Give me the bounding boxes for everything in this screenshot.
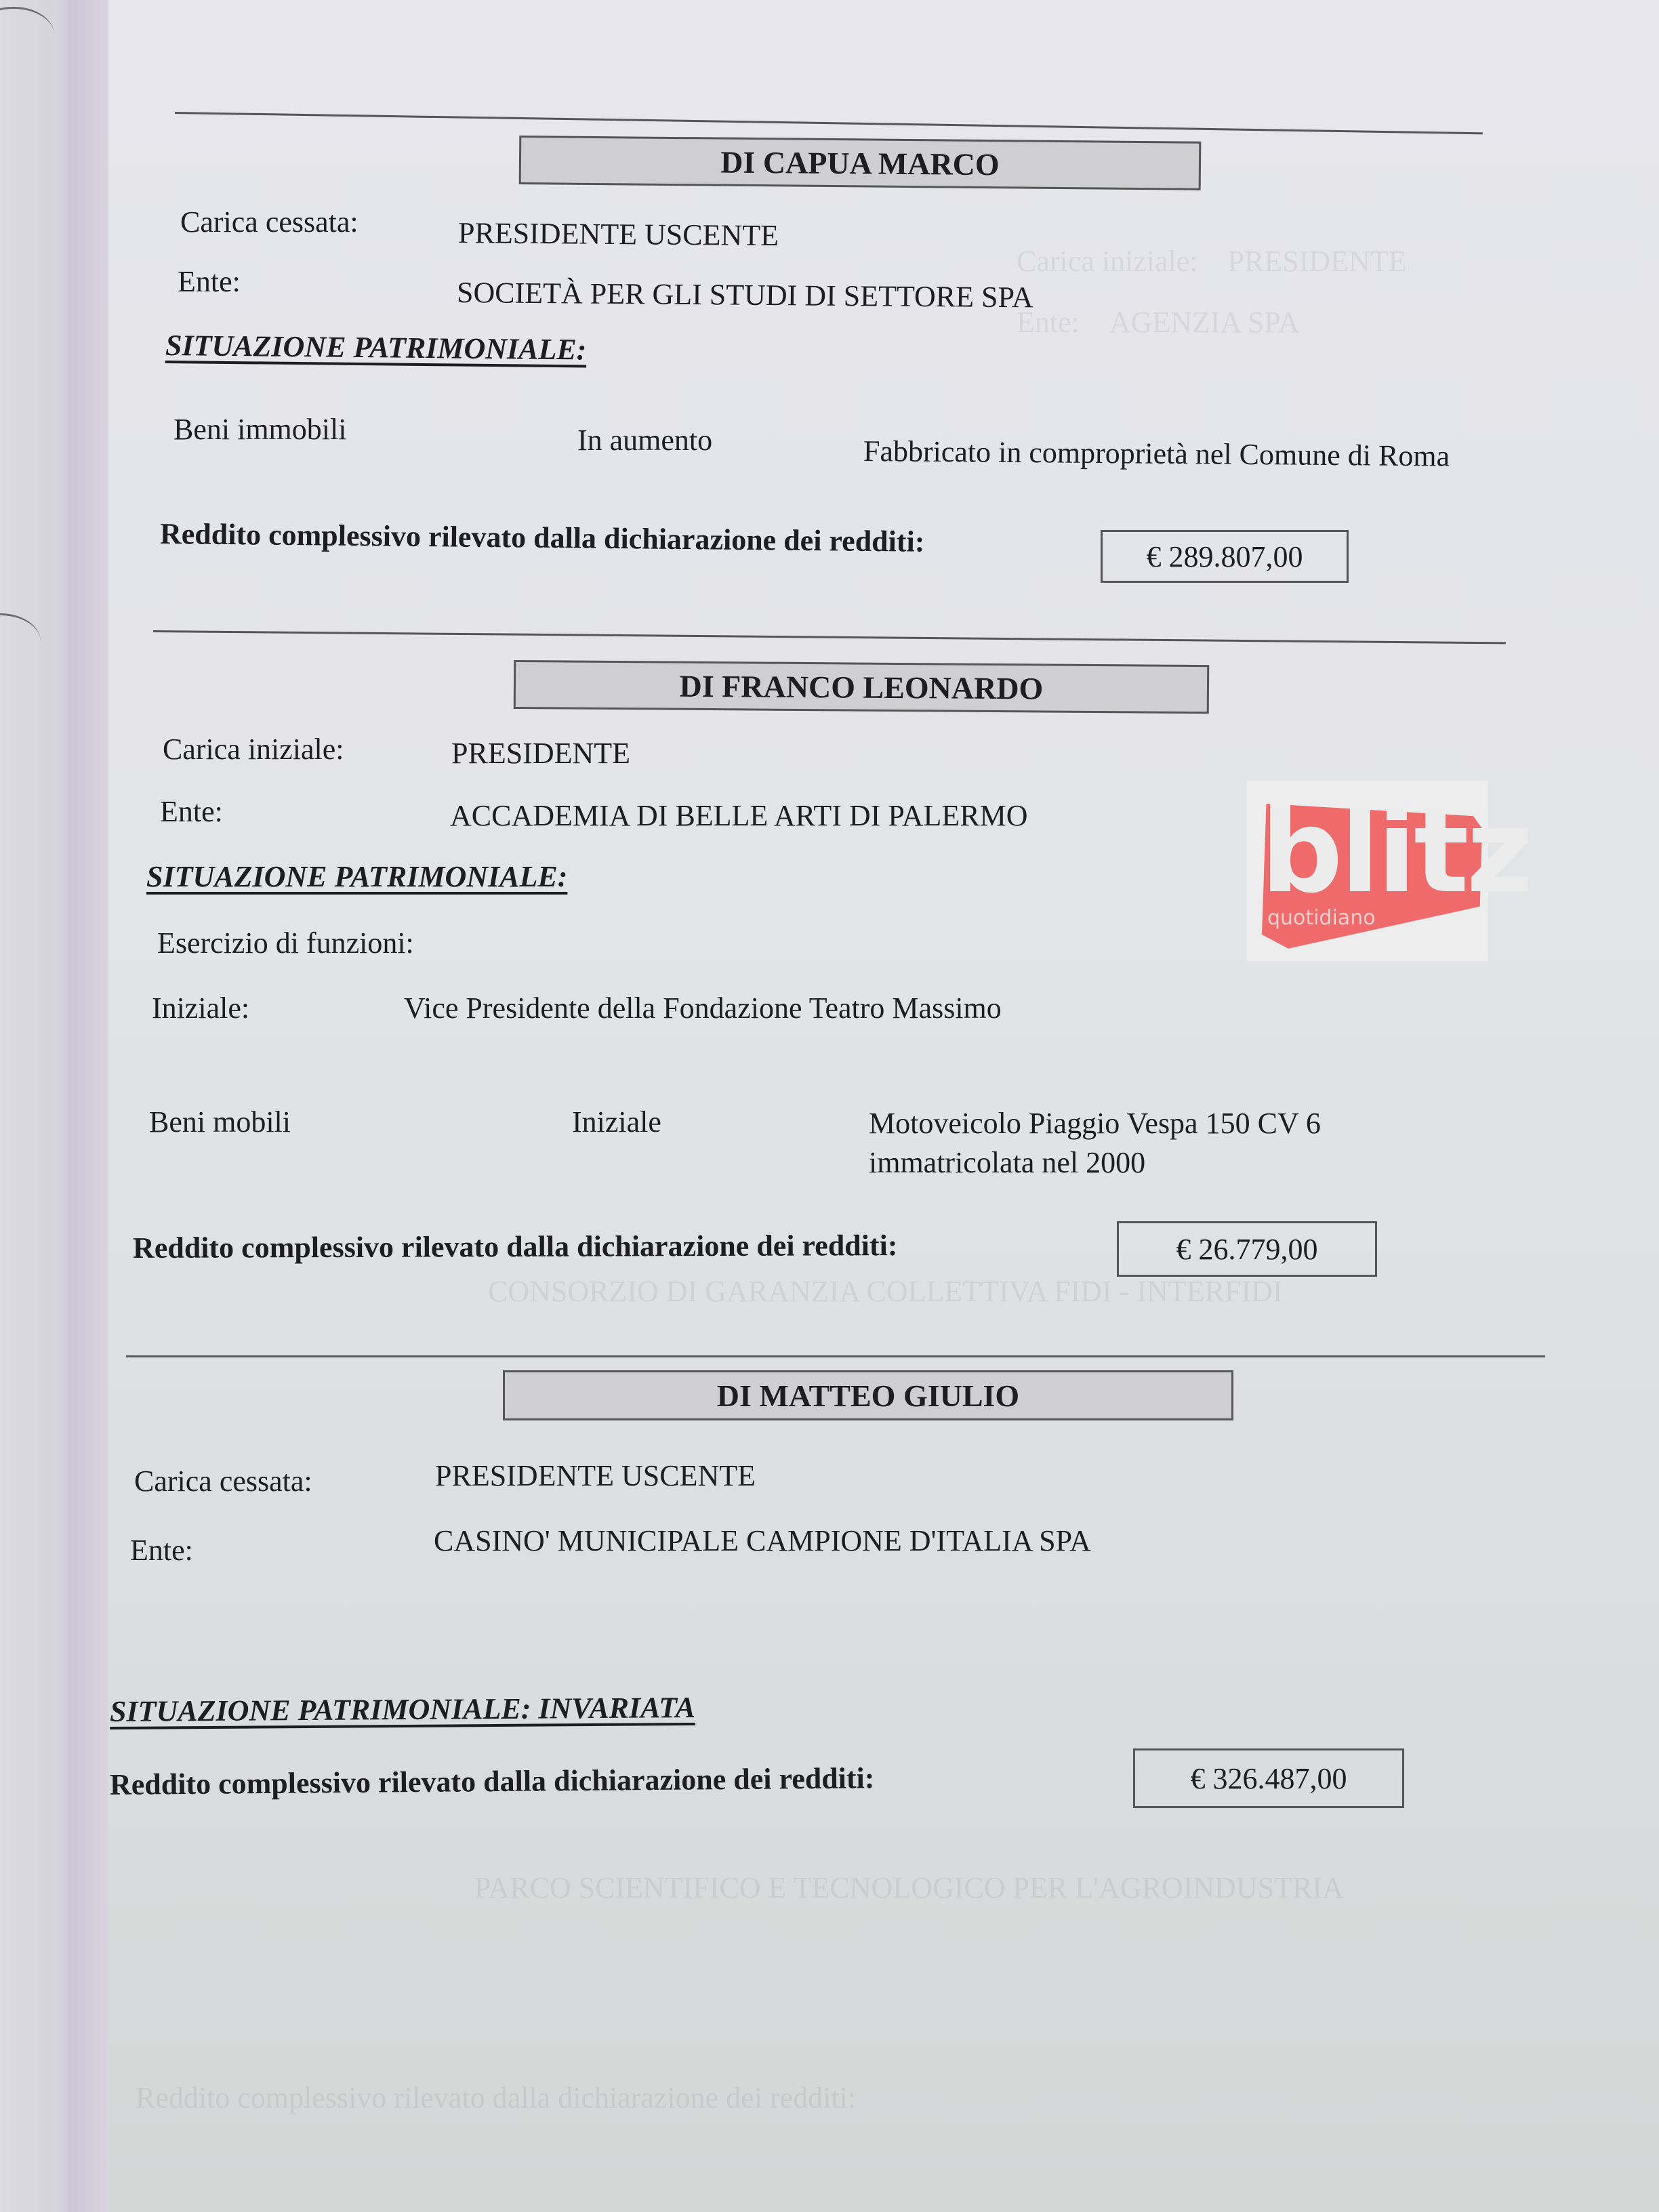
bleed-through-text: Ente: AGENZIA SPA: [1017, 305, 1300, 340]
section-divider: [126, 1355, 1545, 1357]
role-label: Carica iniziale:: [163, 732, 344, 766]
asset-type: Beni immobili: [173, 412, 346, 447]
entity-value: CASINO' MUNICIPALE CAMPIONE D'ITALIA SPA: [434, 1523, 1091, 1558]
bleed-through-text: Reddito complessivo rilevato dalla dichi…: [136, 2081, 856, 2115]
role-value: PRESIDENTE USCENTE: [435, 1458, 756, 1493]
income-label: Reddito complessivo rilevato dalla dichi…: [110, 1761, 875, 1802]
logo-tagline: quotidiano: [1267, 906, 1376, 930]
functions-initial-label: Iniziale:: [152, 991, 249, 1025]
asset-type: Beni mobili: [149, 1105, 291, 1139]
entity-value: ACCADEMIA DI BELLE ARTI DI PALERMO: [450, 798, 1028, 833]
functions-label: Esercizio di funzioni:: [157, 926, 414, 960]
page-curl-line: [0, 613, 41, 670]
entity-label: Ente:: [160, 794, 223, 829]
income-value: € 289.807,00: [1147, 539, 1303, 574]
bleed-through-text: Carica iniziale: PRESIDENTE: [1017, 244, 1407, 279]
income-label: Reddito complessivo rilevato dalla dichi…: [133, 1228, 898, 1265]
functions-initial-value: Vice Presidente della Fondazione Teatro …: [404, 991, 1002, 1025]
logo-wordmark: blitz: [1261, 794, 1530, 909]
entity-label: Ente:: [178, 264, 241, 299]
page-curl-line: [0, 7, 54, 63]
income-value-box: € 26.779,00: [1117, 1221, 1377, 1277]
asset-status: Iniziale: [572, 1105, 661, 1139]
asset-description-line2: immatricolata nel 2000: [869, 1145, 1145, 1180]
bleed-through-text: PARCO SCIENTIFICO E TECNOLOGICO PER L'AG…: [474, 1870, 1344, 1905]
role-label: Carica cessata:: [180, 205, 359, 239]
entity-label: Ente:: [130, 1533, 193, 1568]
role-value: PRESIDENTE USCENTE: [458, 216, 779, 253]
income-value-box: € 326.487,00: [1133, 1748, 1404, 1808]
section-title: SITUAZIONE PATRIMONIALE:: [165, 328, 587, 367]
person-name-header: DI FRANCO LEONARDO: [514, 660, 1209, 714]
asset-description: Fabbricato in comproprietà nel Comune di…: [863, 434, 1450, 474]
person-name-header: DI MATTEO GIULIO: [503, 1370, 1233, 1420]
role-value: PRESIDENTE: [451, 736, 630, 771]
section-title: SITUAZIONE PATRIMONIALE: INVARIATA: [110, 1690, 695, 1729]
section-title: SITUAZIONE PATRIMONIALE:: [146, 859, 567, 894]
income-value: € 326.487,00: [1191, 1761, 1347, 1796]
bleed-through-text: CONSORZIO DI GARANZIA COLLETTIVA FIDI - …: [488, 1274, 1282, 1309]
income-value: € 26.779,00: [1176, 1232, 1318, 1267]
person-name-header: DI CAPUA MARCO: [519, 136, 1202, 190]
income-value-box: € 289.807,00: [1101, 530, 1349, 583]
asset-status: In aumento: [577, 423, 712, 457]
asset-description-line1: Motoveicolo Piaggio Vespa 150 CV 6: [869, 1106, 1321, 1141]
entity-value: SOCIETÀ PER GLI STUDI DI SETTORE SPA: [457, 275, 1033, 314]
role-label: Carica cessata:: [134, 1464, 312, 1498]
blitz-quotidiano-watermark: blitz quotidiano: [1247, 781, 1488, 961]
